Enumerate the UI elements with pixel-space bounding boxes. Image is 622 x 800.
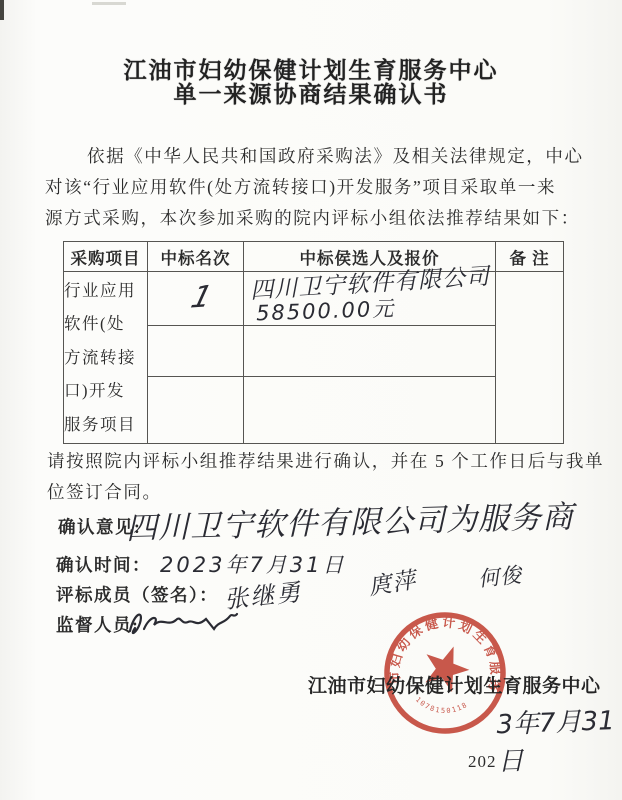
intro-paragraph: 依据《中华人民共和国政府采购法》及相关法律规定，中心 对该“行业应用软件(处方流…	[45, 141, 585, 234]
candidate-cell: 四川卫宁软件有限公司 58500.00元	[244, 272, 496, 326]
col-header-rank: 中标名次	[148, 242, 244, 272]
candidate-cell-empty	[244, 326, 496, 377]
project-name-line: 服务项目	[64, 408, 147, 442]
confirm-time-handwritten: 2023年7月31日	[160, 549, 347, 579]
footer-org-name: 江油市妇幼保健计划生育服务中心	[308, 671, 608, 698]
rank-cell-empty	[148, 326, 244, 377]
intro-line: 依据《中华人民共和国政府采购法》及相关法律规定，中心	[45, 141, 585, 172]
bid-result-table: 采购项目 中标名次 中标侯选人及报价 备 注 行业应用 软件(处 方流转接 口)…	[63, 241, 564, 444]
candidate-cell-empty	[244, 377, 496, 444]
document-title-line1: 江油市妇幼保健计划生育服务中心	[0, 59, 622, 82]
evaluator-signature-2: 庹萍	[366, 561, 419, 601]
project-name-line: 口)开发	[64, 374, 147, 408]
project-name-line: 软件(处	[64, 307, 147, 341]
rank-cell-empty	[148, 377, 244, 444]
table-row: 行业应用 软件(处 方流转接 口)开发 服务项目 1 四川卫宁软件有限公司 58…	[64, 272, 564, 326]
closing-line: 请按照院内评标小组推荐结果进行确认，并在 5 个工作日后与我单	[47, 446, 592, 477]
footer-date-printed-prefix: 202	[468, 752, 497, 776]
scanned-document-page: 江油市妇幼保健计划生育服务中心 单一来源协商结果确认书 依据《中华人民共和国政府…	[0, 0, 622, 800]
intro-line: 对该“行业应用软件(处方流转接口)开发服务”项目采取单一来	[45, 172, 585, 203]
evaluator-signature-3: 何俊	[477, 559, 524, 593]
footer-date: 202 3年7月31日	[468, 702, 622, 776]
col-header-project: 采购项目	[64, 242, 148, 272]
rank-handwritten-value: 1	[187, 279, 215, 315]
intro-line: 源方式采购，本次参加采购的院内评标小组依法推荐结果如下：	[45, 203, 585, 234]
rank-cell: 1	[148, 272, 244, 326]
col-header-remark: 备 注	[496, 242, 564, 272]
candidate-price-handwritten: 58500.00元	[256, 293, 396, 328]
project-name-cell: 行业应用 软件(处 方流转接 口)开发 服务项目	[64, 272, 148, 444]
confirm-time-label: 确认时间：	[56, 552, 151, 577]
scan-smudge-artifact	[92, 2, 126, 5]
project-name-line: 行业应用	[64, 274, 147, 308]
project-name-line: 方流转接	[64, 341, 147, 375]
footer-date-handwritten: 3年7月31日	[495, 700, 622, 778]
supervisor-signature-scribble	[124, 601, 244, 643]
remark-cell	[496, 272, 564, 444]
document-title-line2: 单一来源协商结果确认书	[0, 83, 622, 106]
scan-edge-artifact	[0, 0, 4, 20]
